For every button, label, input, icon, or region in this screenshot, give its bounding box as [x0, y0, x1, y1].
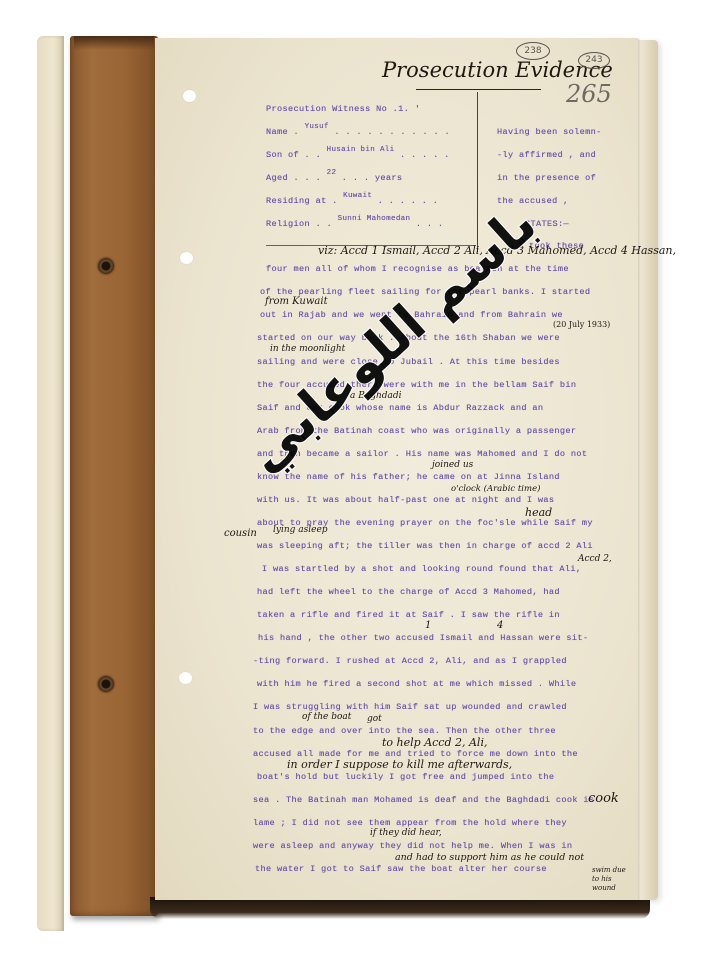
- annotation-margin-note: swim due to his wound: [592, 866, 626, 893]
- body-line: the water I got to Saif saw the boat alt…: [255, 864, 547, 874]
- residing-value: Kuwait: [343, 192, 372, 200]
- binding-worn-top: [74, 36, 154, 50]
- son-of-label: Son of: [266, 150, 299, 160]
- document-photo: Prosecution Evidence 238 243 265 Prosecu…: [0, 0, 727, 960]
- affirmation-line: -ly affirmed , and: [497, 150, 596, 160]
- heading-underline: [416, 89, 541, 90]
- affirmation-line: in the presence of: [497, 173, 596, 183]
- annotation-got: got: [367, 714, 382, 724]
- annotation-date: (20 July 1933): [553, 320, 610, 329]
- body-line: with him he fired a second shot at me wh…: [257, 679, 576, 689]
- body-line: was sleeping aft; the tiller was then in…: [257, 541, 593, 551]
- binding-grommet-icon: [98, 258, 114, 274]
- body-line: lame ; I did not see them appear from th…: [253, 818, 567, 828]
- body-line: sea . The Batinah man Mohamed is deaf an…: [253, 795, 594, 805]
- leather-binding-strip: [70, 36, 158, 916]
- aged-label: Aged: [266, 173, 288, 183]
- page-bottom-shadow: [150, 897, 650, 919]
- body-line: boat's hold but luckily I got free and j…: [257, 772, 554, 782]
- previous-page-edge: [37, 36, 64, 931]
- name-label: Name: [266, 127, 288, 137]
- body-line: had left the wheel to the charge of Accd…: [257, 587, 560, 597]
- affirmation-line: Having been solemn-: [497, 127, 602, 137]
- religion-label: Religion: [266, 219, 310, 229]
- aged-suffix: years: [375, 173, 403, 183]
- son-of-value: Husain bin Ali: [327, 146, 395, 154]
- religion-value: Sunni Mahomedan: [338, 215, 411, 223]
- annotation-accd-2: Accd 2,: [578, 554, 612, 564]
- witness-no-value: 1: [398, 104, 404, 114]
- annotation-of-the-boat: of the boat: [302, 712, 351, 722]
- body-line: -ting forward. I rushed at Accd 2, Ali, …: [253, 656, 567, 666]
- witness-no-label: Prosecution Witness No: [266, 104, 387, 114]
- circled-page-number: 238: [516, 42, 550, 60]
- residing-label: Residing at: [266, 196, 327, 206]
- son-of-field: Son of . . Husain bin Ali . . . . .: [266, 150, 450, 160]
- annotation-num-1: 1: [425, 620, 431, 631]
- body-line: taken a rifle and fired it at Saif . I s…: [257, 610, 560, 620]
- annotation-from-kuwait: from Kuwait: [265, 296, 328, 307]
- body-line: to the edge and over into the sea. Then …: [253, 726, 556, 736]
- punch-hole-icon: [180, 252, 193, 264]
- annotation-head: head: [525, 506, 552, 519]
- body-line: were asleep and anyway they did not help…: [253, 841, 572, 851]
- body-line: I was struggling with him Saif sat up wo…: [253, 702, 567, 712]
- aged-value: 22: [327, 169, 337, 177]
- annotation-and-had: and had to support him as he could not: [395, 852, 584, 863]
- annotation-oclock: o'clock (Arabic time): [451, 484, 540, 494]
- annotation-to-help: to help Accd 2, Ali,: [382, 736, 487, 749]
- annotation-in-order: in order I suppose to kill me afterwards…: [287, 758, 512, 771]
- pencil-page-number: 265: [566, 80, 612, 108]
- binding-grommet-icon: [98, 676, 114, 692]
- body-line: four men all of whom I recognise as boat…: [266, 264, 569, 274]
- annotation-if-they: if they did hear,: [370, 828, 442, 838]
- punch-hole-icon: [183, 90, 196, 102]
- body-line: know the name of his father; he came on …: [257, 472, 560, 482]
- name-value: Yusuf: [305, 123, 329, 131]
- body-line: his hand , the other two accused Ismail …: [258, 633, 588, 643]
- witness-number-field: Prosecution Witness No .1. ': [266, 104, 420, 114]
- annotation-num-4: 4: [497, 620, 503, 631]
- annotation-cousin: cousin: [224, 528, 257, 539]
- body-line: with us. It was about half-past one at n…: [257, 495, 554, 505]
- aged-field: Aged . . . 22 . . . years: [266, 173, 402, 183]
- name-field: Name . Yusuf . . . . . . . . . . .: [266, 127, 450, 137]
- annotation-lying-asleep: lying asleep: [273, 525, 328, 535]
- religion-field: Religion . . Sunni Mahomedan . . .: [266, 219, 443, 229]
- annotation-cook: cook: [588, 791, 619, 806]
- body-line: I was startled by a shot and looking rou…: [262, 564, 581, 574]
- circled-page-number: 243: [578, 52, 610, 69]
- punch-hole-icon: [179, 672, 192, 684]
- annotation-joined-us: joined us: [432, 460, 473, 470]
- residing-field: Residing at . Kuwait . . . . . .: [266, 196, 438, 206]
